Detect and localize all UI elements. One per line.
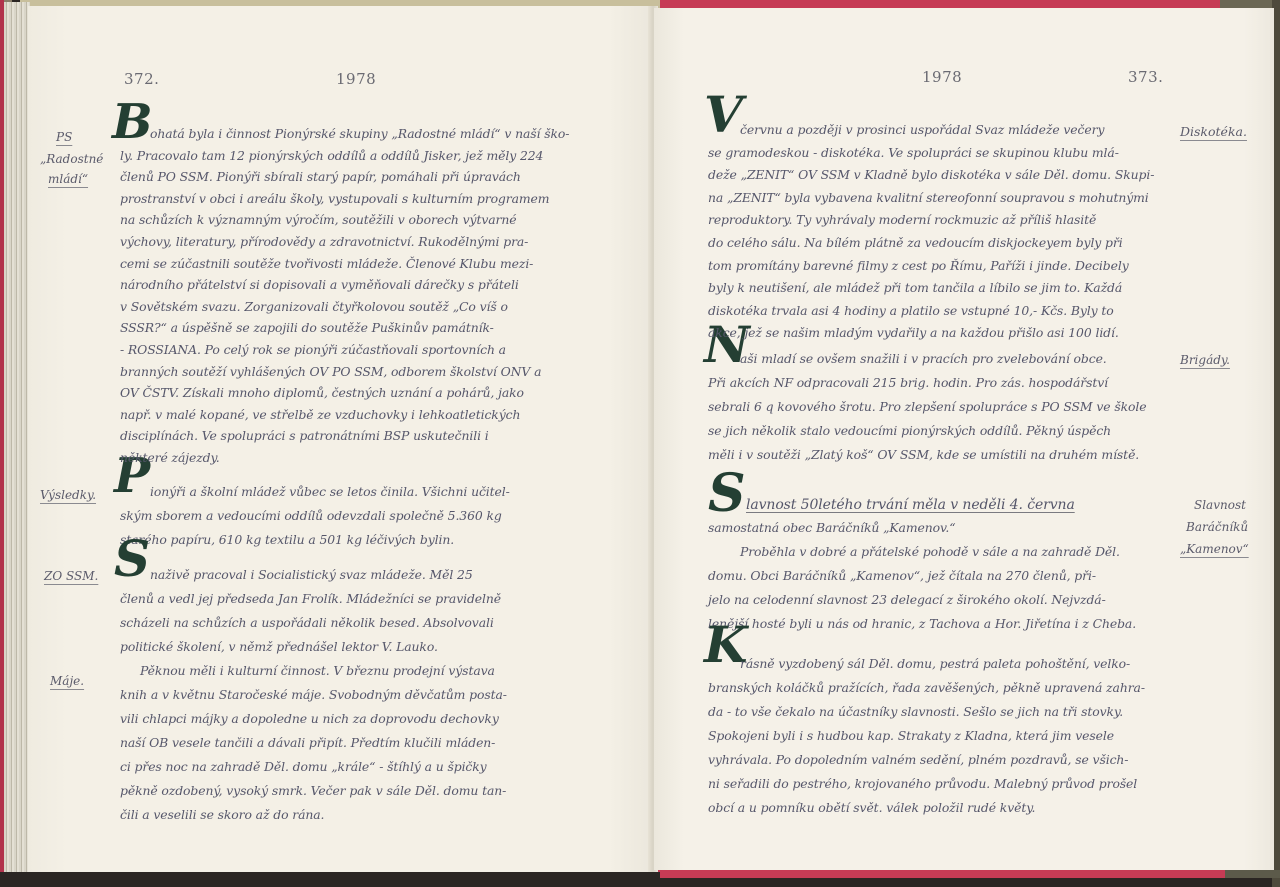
text-line: tom promítány barevné filmy z cest po Ří… bbox=[708, 260, 1129, 272]
text-line: např. v malé kopané, ve střelbě ze vzduc… bbox=[120, 409, 520, 421]
text-line: Proběhla v dobré a přátelské pohodě v sá… bbox=[740, 546, 1120, 558]
page-number: 372. bbox=[124, 70, 159, 88]
text-line: naživě pracoval i Socialistický svaz mlá… bbox=[150, 569, 473, 581]
text-line: červnu a později v prosinci uspořádal Sv… bbox=[740, 124, 1104, 136]
text-line: cemi se zúčastnili soutěže tvořivosti ml… bbox=[120, 258, 533, 270]
text-line: scházeli na schůzích a uspořádali několi… bbox=[120, 617, 494, 629]
text-line: lenější hosté byli u nás od hranic, z Ta… bbox=[708, 618, 1136, 630]
text-line: Pěknou měli i kulturní činnost. V březnu… bbox=[140, 665, 495, 677]
text-line: v Sovětském svazu. Zorganizovali čtyřkol… bbox=[120, 301, 508, 313]
book-cover-corner bbox=[1220, 0, 1280, 8]
text-line: disciplínách. Ve spolupráci s patronátní… bbox=[120, 430, 489, 442]
book-cover-corner-bottom bbox=[1225, 870, 1280, 878]
text-line: aši mladí se ovšem snažili i v pracích p… bbox=[740, 353, 1107, 365]
text-line: byly k neutišení, ale mládež při tom tan… bbox=[708, 282, 1122, 294]
text-line: sebrali 6 q kovového šrotu. Pro zlepšení… bbox=[708, 401, 1146, 413]
margin-note-baracniku: Baráčníků bbox=[1186, 520, 1248, 534]
dropcap-s: S bbox=[114, 534, 150, 584]
text-line: starého papíru, 610 kg textilu a 501 kg … bbox=[120, 534, 454, 546]
text-line-underlined: lavnost 50letého trvání měla v neděli 4.… bbox=[746, 498, 1075, 512]
margin-note-radostne: „Radostné bbox=[40, 152, 103, 166]
dropcap-b: B bbox=[112, 98, 153, 146]
margin-note-ps: PS bbox=[56, 130, 72, 144]
text-line: naší OB vesele tančili a dávali připít. … bbox=[120, 737, 495, 749]
table-shadow bbox=[0, 872, 660, 887]
right-page: 1978 373. Diskotéka. Brigády. Slavnost B… bbox=[654, 8, 1274, 870]
margin-note-maje: Máje. bbox=[50, 674, 84, 688]
text-line: Spokojeni byli i s hudbou kap. Strakaty … bbox=[708, 730, 1114, 742]
left-page: 372. 1978 PS „Radostné mládí“ Výsledky. … bbox=[28, 6, 652, 872]
page-year: 1978 bbox=[336, 70, 376, 88]
text-line: ly. Pracovalo tam 12 pionýrských oddílů … bbox=[120, 150, 543, 162]
dropcap-v: V bbox=[704, 90, 743, 140]
text-line: na „ZENIT“ byla vybavena kvalitní stereo… bbox=[708, 192, 1149, 204]
text-line: branných soutěží vyhlášených OV PO SSM, … bbox=[120, 366, 541, 378]
text-line: pěkně ozdobený, vysoký smrk. Večer pak v… bbox=[120, 785, 506, 797]
open-book: 372. 1978 PS „Radostné mládí“ Výsledky. … bbox=[0, 0, 1280, 887]
page-stack-left bbox=[4, 2, 30, 872]
margin-note-zo-ssm: ZO SSM. bbox=[44, 569, 98, 583]
text-line: Při akcích NF odpracovali 215 brig. hodi… bbox=[708, 377, 1108, 389]
text-line: se gramodeskou - diskotéka. Ve spoluprác… bbox=[708, 147, 1119, 159]
margin-note-diskoteka: Diskotéka. bbox=[1180, 124, 1247, 139]
text-line: čili a veselili se skoro až do rána. bbox=[120, 809, 324, 821]
text-line: členů a vedl jej předseda Jan Frolík. Ml… bbox=[120, 593, 501, 605]
text-line: vili chlapci májky a dopoledne u nich za… bbox=[120, 713, 499, 725]
text-line: jelo na celodenní slavnost 23 delegací z… bbox=[708, 594, 1106, 606]
page-number: 373. bbox=[1128, 68, 1163, 86]
text-line: akce, jež se našim mladým vydařily a na … bbox=[708, 327, 1119, 339]
text-line: reproduktory. Ty vyhrávaly moderní rockm… bbox=[708, 214, 1096, 226]
text-line: ohatá byla i činnost Pionýrské skupiny „… bbox=[150, 128, 569, 140]
margin-note-slavnost: Slavnost bbox=[1194, 498, 1246, 512]
text-line: domu. Obci Baráčníků „Kamenov“, jež číta… bbox=[708, 570, 1096, 582]
text-line: výchovy, literatury, přírodovědy a zdrav… bbox=[120, 236, 528, 248]
text-line: politické školení, v němž přednášel lekt… bbox=[120, 641, 438, 653]
text-line: některé zájezdy. bbox=[120, 452, 220, 464]
margin-note-brigady: Brigády. bbox=[1180, 353, 1230, 367]
margin-note-kamenov: „Kamenov“ bbox=[1180, 542, 1249, 556]
text-line: se jich několik stalo vedoucími pionýrsk… bbox=[708, 425, 1111, 437]
text-line: branských koláčků pražících, řada zavěše… bbox=[708, 682, 1145, 694]
margin-note-mladi: mládí“ bbox=[48, 172, 88, 186]
text-line: vyhrávala. Po dopoledním valném sedění, … bbox=[708, 754, 1128, 766]
text-line: ci přes noc na zahradě Děl. domu „krále“… bbox=[120, 761, 487, 773]
text-line: obcí a u pomníku obětí svět. válek polož… bbox=[708, 802, 1035, 814]
text-line: členů PO SSM. Pionýři sbírali starý papí… bbox=[120, 171, 521, 183]
text-line: do celého sálu. Na bílém plátně za vedou… bbox=[708, 237, 1123, 249]
text-line: diskotéka trvala asi 4 hodiny a platilo … bbox=[708, 305, 1114, 317]
text-line: prostranství v obci i areálu školy, vyst… bbox=[120, 193, 549, 205]
margin-note-vysledky: Výsledky. bbox=[40, 488, 96, 502]
text-line: měli i v soutěži „Zlatý koš“ OV SSM, kde… bbox=[708, 449, 1139, 461]
text-line: deže „ZENIT“ OV SSM v Kladně bylo diskot… bbox=[708, 169, 1154, 181]
text-line: ionýři a školní mládež vůbec se letos či… bbox=[150, 486, 510, 498]
book-cover-top-edge bbox=[660, 0, 1220, 8]
text-line: ni seřadili do pestrého, krojovaného prů… bbox=[708, 778, 1137, 790]
text-line: národního přátelství si dopisovali a vym… bbox=[120, 279, 519, 291]
text-line: da - to vše čekalo na účastníky slavnost… bbox=[708, 706, 1123, 718]
text-line: na schůzích k významným výročím, soutěži… bbox=[120, 214, 516, 226]
text-line: SSSR?“ a úspěšně se zapojili do soutěže … bbox=[120, 322, 494, 334]
dropcap-s-slavnost: S bbox=[708, 468, 746, 520]
text-line: samostatná obec Baráčníků „Kamenov.“ bbox=[708, 522, 955, 534]
text-line: - ROSSIANA. Po celý rok se pionýři zúčas… bbox=[120, 344, 506, 356]
text-line: OV ČSTV. Získali mnoho diplomů, čestných… bbox=[120, 387, 524, 399]
book-cover-bottom-edge bbox=[650, 870, 1225, 878]
text-line: rásně vyzdobený sál Děl. domu, pestrá pa… bbox=[740, 658, 1130, 670]
text-line: knih a v květnu Staročeské máje. Svobodn… bbox=[120, 689, 507, 701]
text-line: ským sborem a vedoucími oddílů odevzdali… bbox=[120, 510, 502, 522]
page-year: 1978 bbox=[922, 68, 962, 86]
